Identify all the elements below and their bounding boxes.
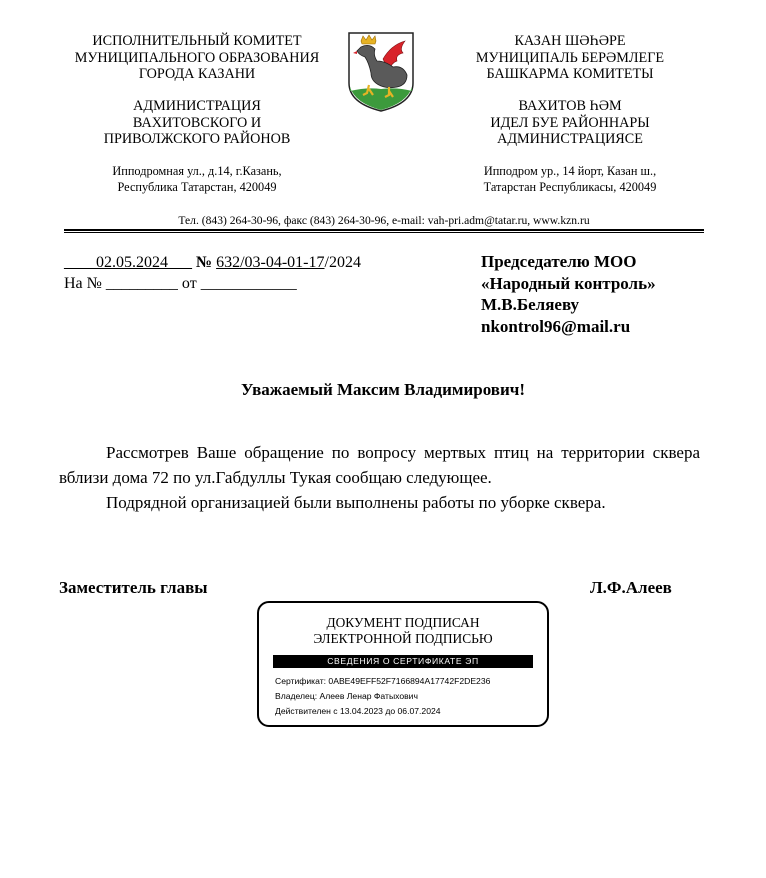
addressee-line: Председателю МОО [481,251,656,273]
address-line: Ипподромная ул., д.14, г.Казань, [52,163,342,179]
certificate-info-bar: СВЕДЕНИЯ О СЕРТИФИКАТЕ ЭП [273,655,533,668]
registration-number-year: /2024 [325,254,361,271]
certificate-details: Сертификат: 0ABE49EFF52F7166894A17742F2D… [275,674,490,719]
letterhead-left-admin: АДМИНИСТРАЦИЯ ВАХИТОВСКОГО И ПРИВОЛЖСКОГ… [52,98,342,148]
reply-label: На № [64,275,102,292]
letterhead-contacts: Тел. (843) 264-30-96, факс (843) 264-30-… [64,214,704,227]
e-signature-stamp: ДОКУМЕНТ ПОДПИСАН ЭЛЕКТРОННОЙ ПОДПИСЬЮ С… [257,601,549,727]
registration-number: 632/03-04-01-17 [216,254,324,271]
letterhead-left-org: ИСПОЛНИТЕЛЬНЫЙ КОМИТЕТ МУНИЦИПАЛЬНОГО ОБ… [52,33,342,83]
address-line: Республика Татарстан, 420049 [52,179,342,195]
org-line: МУНИЦИПАЛЬ БЕРӘМЛЕГЕ [430,50,710,67]
date-suffix: ___ [168,254,192,271]
reply-blank: _________ [106,275,178,292]
letterhead-divider-thin [64,232,704,233]
admin-line: ПРИВОЛЖСКОГО РАЙОНОВ [52,131,342,148]
letterhead-right-address: Ипподром ур., 14 йорт, Казан ш., Татарст… [430,163,710,195]
stamp-title-line: ДОКУМЕНТ ПОДПИСАН [259,615,547,631]
signatory-position: Заместитель главы [59,578,208,598]
kazan-coat-of-arms-icon [347,31,415,113]
registration-block: ____02.05.2024___ № 632/03-04-01-17/2024… [64,252,361,294]
number-sign: № [196,254,212,271]
admin-line: ИДЕЛ БУЕ РАЙОННАРЫ [430,115,710,132]
address-line: Татарстан Республикасы, 420049 [430,179,710,195]
letter-body: Рассмотрев Ваше обращение по вопросу мер… [59,440,700,515]
org-line: БАШКАРМА КОМИТЕТЫ [430,66,710,83]
addressee-line: М.В.Беляеву [481,294,656,316]
letterhead-left-address: Ипподромная ул., д.14, г.Казань, Республ… [52,163,342,195]
date-prefix: ____ [64,254,96,271]
registration-date: 02.05.2024 [96,254,168,271]
certificate-validity: Действителен с 13.04.2023 до 06.07.2024 [275,704,490,719]
stamp-title-line: ЭЛЕКТРОННОЙ ПОДПИСЬЮ [259,631,547,647]
address-line: Ипподром ур., 14 йорт, Казан ш., [430,163,710,179]
addressee-block: Председателю МОО «Народный контроль» М.В… [481,251,656,337]
signatory-name: Л.Ф.Алеев [590,578,672,598]
addressee-line: «Народный контроль» [481,273,656,295]
org-line: ГОРОДА КАЗАНИ [52,66,342,83]
certificate-serial: Сертификат: 0ABE49EFF52F7166894A17742F2D… [275,674,490,689]
addressee-email: nkontrol96@mail.ru [481,316,656,338]
letterhead-right-org: КАЗАН ШӘҺӘРЕ МУНИЦИПАЛЬ БЕРӘМЛЕГЕ БАШКАР… [430,33,710,83]
reply-reference-line: На № _________ от ____________ [64,273,361,294]
body-paragraph: Рассмотрев Ваше обращение по вопросу мер… [59,440,700,490]
admin-line: ВАХИТОВ ҺӘМ [430,98,710,115]
admin-line: ВАХИТОВСКОГО И [52,115,342,132]
org-line: КАЗАН ШӘҺӘРЕ [430,33,710,50]
body-paragraph: Подрядной организацией были выполнены ра… [59,490,700,515]
stamp-title: ДОКУМЕНТ ПОДПИСАН ЭЛЕКТРОННОЙ ПОДПИСЬЮ [259,615,547,647]
admin-line: АДМИНИСТРАЦИЯСЕ [430,131,710,148]
org-line: ИСПОЛНИТЕЛЬНЫЙ КОМИТЕТ [52,33,342,50]
salutation: Уважаемый Максим Владимирович! [0,380,766,400]
from-label: от [182,275,197,292]
from-blank: ____________ [201,275,297,292]
admin-line: АДМИНИСТРАЦИЯ [52,98,342,115]
letterhead-divider [64,229,704,231]
letterhead-right-admin: ВАХИТОВ ҺӘМ ИДЕЛ БУЕ РАЙОННАРЫ АДМИНИСТР… [430,98,710,148]
certificate-owner: Владелец: Алеев Ленар Фатыхович [275,689,490,704]
registration-number-line: ____02.05.2024___ № 632/03-04-01-17/2024 [64,252,361,273]
org-line: МУНИЦИПАЛЬНОГО ОБРАЗОВАНИЯ [52,50,342,67]
